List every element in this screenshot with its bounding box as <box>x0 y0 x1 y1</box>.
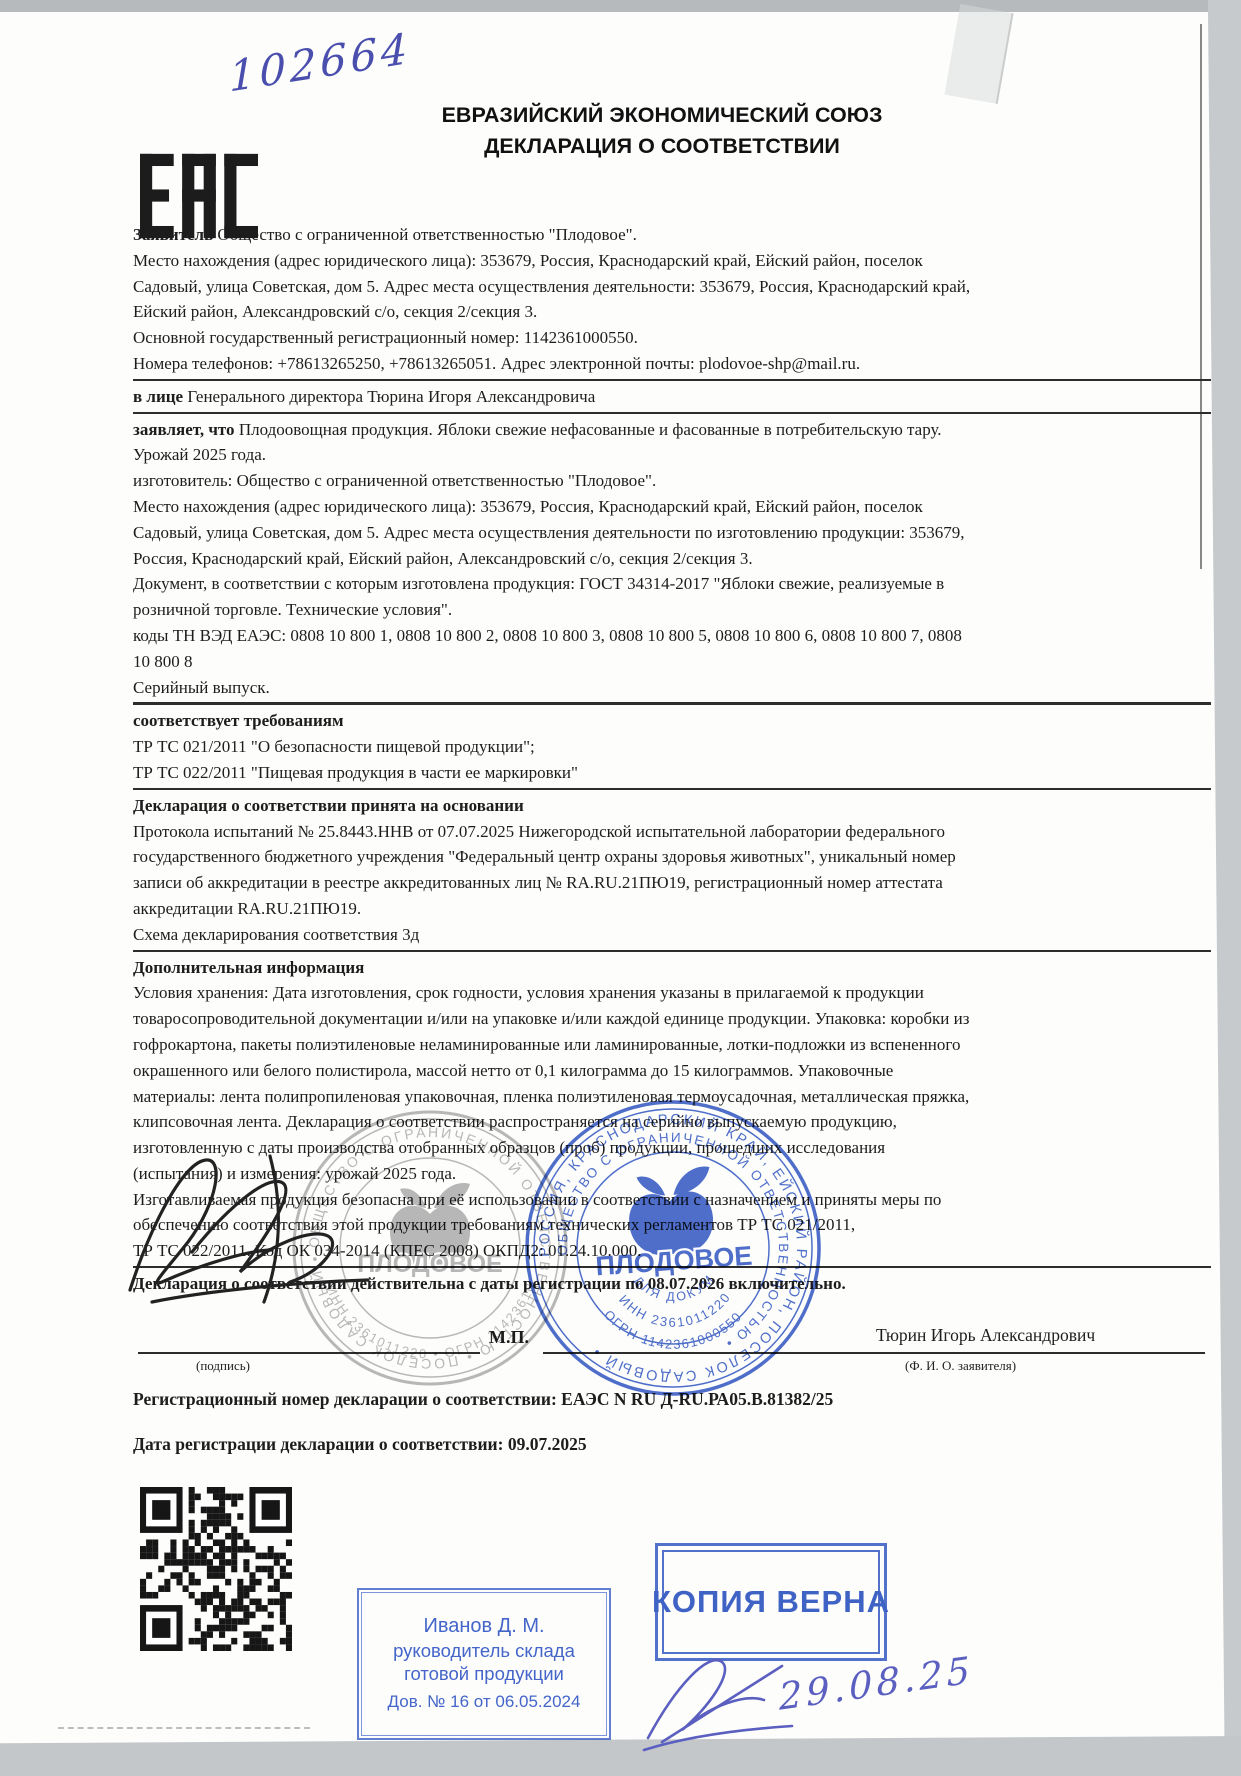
ivanov-title-2: готовой продукции <box>404 1662 564 1685</box>
ivanov-stamp: Иванов Д. М. руководитель склада готовой… <box>357 1588 611 1740</box>
declares-label: заявляет, что <box>133 420 235 439</box>
separator-rule <box>133 788 1211 790</box>
separator-rule <box>133 702 1211 705</box>
applicant-line: Заявитель Общество с ограниченной ответс… <box>133 222 1205 248</box>
scan-dashed-artifact <box>58 1727 310 1729</box>
ivanov-stamp-inner: Иванов Д. М. руководитель склада готовой… <box>361 1592 607 1736</box>
scan-right-edge <box>1205 0 1241 1776</box>
registration-date-line: Дата регистрации декларации о соответств… <box>133 1434 587 1455</box>
separator-rule <box>133 379 1211 381</box>
tr-022-line: ТР ТС 022/2011 "Пищевая продукция в част… <box>133 760 1205 786</box>
basis-heading: Декларация о соответствии принята на осн… <box>133 793 1205 819</box>
serial-line: Серийный выпуск. <box>133 675 1205 701</box>
tnved-codes-line: коды ТН ВЭД ЕАЭС: 0808 10 800 1, 0808 10… <box>133 623 1205 675</box>
additional-heading: Дополнительная информация <box>133 955 1205 981</box>
scan-bottom-background <box>0 1736 1241 1776</box>
separator-rule <box>133 950 1211 952</box>
manufacturer-line: изготовитель: Общество с ограниченной от… <box>133 468 1205 494</box>
ivanov-title-1: руководитель склада <box>393 1639 575 1662</box>
applicant-address: Место нахождения (адрес юридического лиц… <box>133 248 1205 325</box>
qr-code <box>140 1487 292 1651</box>
scheme-line: Схема декларирования соответствия 3д <box>133 922 1205 948</box>
declares-value: Плодоовощная продукция. Яблоки свежие не… <box>133 420 942 465</box>
person-line: в лице Генерального директора Тюрина Иго… <box>133 384 1205 410</box>
blue-stamp-company-name: ПЛОДОВОЕ <box>595 1241 754 1282</box>
product-doc-line: Документ, в соответствии с которым изгот… <box>133 571 1205 623</box>
ogrn-line: Основной государственный регистрационный… <box>133 325 1205 351</box>
applicant-signature-ink <box>122 1132 382 1322</box>
scan-corner-curl <box>944 4 1013 104</box>
handwritten-number: 102664 <box>229 23 412 101</box>
scanned-declaration-page: 102664 ЕВРАЗИЙСКИЙ ЭКОНОМИЧЕСКИЙ СОЮЗ ДЕ… <box>0 0 1241 1776</box>
ivanov-name: Иванов Д. М. <box>423 1613 544 1639</box>
person-value: Генерального директора Тюрина Игоря Алек… <box>183 387 595 406</box>
ivanov-power-of-attorney: Дов. № 16 от 06.05.2024 <box>388 1689 581 1715</box>
declares-line: заявляет, что Плодоовощная продукция. Яб… <box>133 417 1205 469</box>
manufacturer-address: Место нахождения (адрес юридического лиц… <box>133 494 1205 571</box>
scan-top-edge <box>0 0 1241 12</box>
blue-round-stamp: РОССИЯ, КРАСНОДАРСКИЙ КРАЙ, ЕЙСКИЙ РАЙОН… <box>513 1088 833 1408</box>
signature-caption: (подпись) <box>196 1358 250 1374</box>
document-title-union: ЕВРАЗИЙСКИЙ ЭКОНОМИЧЕСКИЙ СОЮЗ <box>133 103 1191 128</box>
applicant-label: Заявитель <box>133 225 213 244</box>
contacts-line: Номера телефонов: +78613265250, +7861326… <box>133 351 1205 377</box>
tr-021-line: ТР ТС 021/2011 "О безопасности пищевой п… <box>133 734 1205 760</box>
document-title-declaration: ДЕКЛАРАЦИЯ О СООТВЕТСТВИИ <box>133 134 1191 159</box>
applicant-value: Общество с ограниченной ответственностью… <box>213 225 637 244</box>
protocol-line: Протокола испытаний № 25.8443.ННВ от 07.… <box>133 819 1205 922</box>
fio-caption: (Ф. И. О. заявителя) <box>905 1358 1016 1374</box>
copy-signature-ink <box>642 1638 832 1758</box>
applicant-fio: Тюрин Игорь Александрович <box>876 1325 1095 1346</box>
person-label: в лице <box>133 387 183 406</box>
conforms-heading: соответствует требованиям <box>133 708 1205 734</box>
separator-rule <box>133 412 1211 414</box>
